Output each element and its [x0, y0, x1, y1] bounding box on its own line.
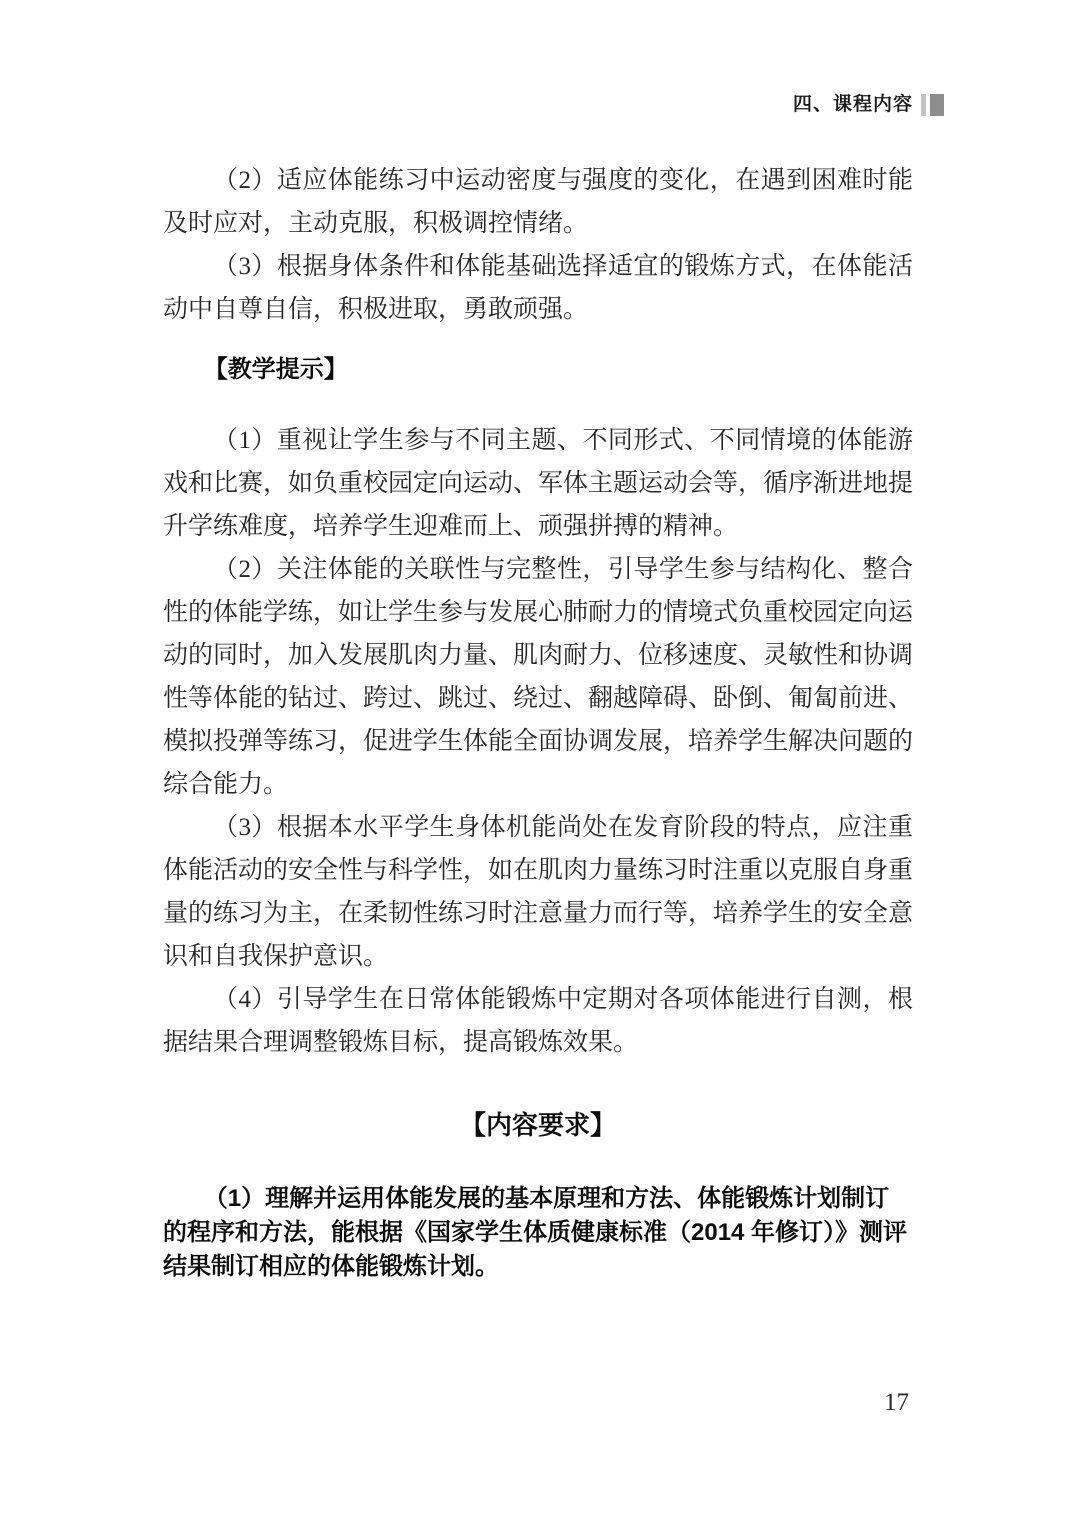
paragraph: （3）根据身体条件和体能基础选择适宜的锻炼方式，在体能活动中自尊自信，积极进取，…: [163, 245, 913, 331]
running-head-title: 四、课程内容: [793, 93, 913, 117]
paragraph: （1）重视让学生参与不同主题、不同形式、不同情境的体能游戏和比赛，如负重校园定向…: [163, 419, 913, 548]
chapter-marker-dark-bar: [930, 94, 944, 116]
paragraph: （3）根据本水平学生身体机能尚处在发育阶段的特点，应注重体能活动的安全性与科学性…: [163, 806, 913, 978]
paragraph: （4）引导学生在日常体能锻炼中定期对各项体能进行自测，根据结果合理调整锻炼目标，…: [163, 978, 913, 1064]
section-title-level-four-goals: 【内容要求】: [163, 1108, 913, 1144]
running-head: 四、课程内容: [793, 93, 944, 117]
section-heading-teaching-tips: 【教学提示】: [163, 353, 913, 387]
page-body: （2）适应体能练习中运动密度与强度的变化，在遇到困难时能及时应对，主动克服，积极…: [163, 159, 913, 1317]
paragraph: （2）关注体能的关联性与完整性，引导学生参与结构化、整合性的体能学练，如让学生参…: [163, 548, 913, 806]
document-page: 四、课程内容 （2）适应体能练习中运动密度与强度的变化，在遇到困难时能及时应对，…: [0, 0, 1080, 1526]
page-number: 17: [884, 1388, 909, 1418]
chapter-marker-light-bar: [921, 94, 926, 116]
paragraph: （2）适应体能练习中运动密度与强度的变化，在遇到困难时能及时应对，主动克服，积极…: [163, 159, 913, 245]
section-heading-content-requirements: （1）理解并运用体能发展的基本原理和方法、体能锻炼计划制订的程序和方法，能根据《…: [163, 1182, 913, 1284]
